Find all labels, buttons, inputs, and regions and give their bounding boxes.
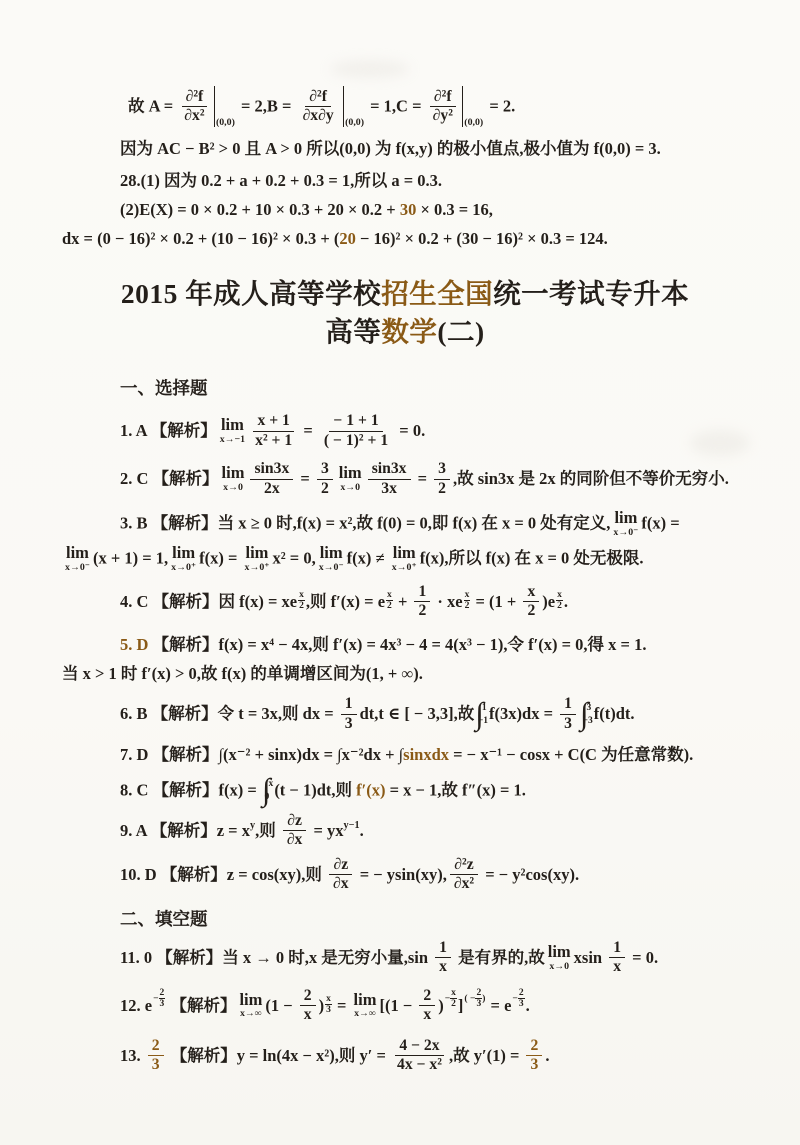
limit-subscript: x→0 (223, 483, 243, 493)
mini-fraction: x2 (450, 988, 457, 1009)
answer-item-1: 1. A 【解析】limx→−1x + 1x² + 1 = − 1 + 1( −… (120, 412, 748, 450)
fraction-numerator: 1 (341, 696, 357, 714)
fraction-denominator: 3 (341, 715, 357, 732)
superscript-fraction: x2 (298, 590, 305, 611)
fraction-numerator: − 1 + 1 (329, 413, 382, 431)
math-text: ,则 (255, 821, 280, 840)
fraction-denominator: x (300, 1006, 316, 1023)
scanned-exam-answer-page: 故 A = ∂²f∂x²(0,0) = 2,B = ∂²f∂x∂y(0,0) =… (0, 0, 800, 1145)
evaluation-bar: (0,0) (343, 86, 364, 127)
superscript-fraction: x2 (386, 590, 393, 611)
math-text: f(x) ≠ (347, 549, 389, 568)
integral: ∫x0 (262, 775, 273, 806)
limit: limx→0 (222, 465, 245, 492)
fraction-denominator: 2 (387, 601, 392, 611)
math-text: ,故 sin3x 是 2x 的同阶但不等价无穷小. (453, 469, 729, 488)
evaluation-subscript: (0,0) (345, 116, 364, 129)
limit: limx→0⁺ (171, 545, 196, 572)
math-text: 数学 (381, 316, 437, 347)
superscript-fraction: x2 (556, 590, 563, 611)
math-text: f(x) = (641, 514, 679, 533)
limit-word: lim (339, 465, 362, 482)
fraction-numerator: 2 (526, 1038, 542, 1056)
limit-subscript: x→−1 (220, 435, 245, 445)
math-text: = (414, 469, 432, 488)
math-text: f′(x) (356, 780, 385, 799)
answer-item-8: 8. C 【解析】f(x) = ∫x0(t − 1)dt,则 f′(x) = x… (120, 775, 748, 806)
limit-word: lim (172, 545, 195, 562)
fraction-numerator: 2 (300, 988, 316, 1006)
fraction-numerator: ∂²f (182, 89, 208, 107)
fraction-numerator: 2 (419, 988, 435, 1006)
math-text: = (299, 421, 317, 440)
limit-word: lim (239, 992, 262, 1009)
fraction-denominator: ∂x (329, 875, 353, 892)
fraction-denominator: 3x (377, 480, 401, 497)
fraction: 1x (435, 940, 451, 976)
fraction-numerator: 1 (414, 584, 430, 602)
math-text: f(x),所以 f(x) 在 x = 0 处无极限. (420, 549, 644, 568)
math-text: = 2,B = (237, 96, 296, 115)
integral: ∫3−3 (580, 699, 593, 730)
exam-title: 2015 年成人高等学校招生全国统一考试专升本 高等数学(二) (62, 273, 748, 350)
fraction: ∂²f∂y² (429, 89, 457, 125)
limit: limx→0⁻ (319, 545, 344, 572)
mini-fraction: x2 (556, 590, 563, 611)
limit-word: lim (354, 992, 377, 1009)
math-text: (t − 1)dt,则 (274, 780, 356, 799)
math-text: sinxdx (403, 745, 449, 764)
fraction-denominator: 3 (326, 1005, 331, 1015)
fraction-numerator: ∂²z (450, 857, 477, 875)
fraction-numerator: 2 (148, 1038, 164, 1056)
answer-item-12: 12. e−23 【解析】limx→∞(1 − 2x)x3 = limx→∞[(… (120, 987, 748, 1025)
fraction-denominator: 2x (260, 480, 284, 497)
fraction-denominator: 2 (523, 602, 539, 619)
integral-sign: ∫ (475, 698, 484, 729)
answer-item-11: 11. 0 【解析】当 x → 0 时,x 是无穷小量,sin 1x 是有界的,… (120, 939, 748, 977)
fraction-denominator: 3 (560, 715, 576, 732)
fraction: ∂z∂x (283, 813, 307, 849)
math-text: . (526, 996, 530, 1015)
math-text: 【解析】 (166, 996, 236, 1015)
fraction-numerator: sin3x (368, 461, 411, 479)
section-heading-fill-blank: 二、填空题 (120, 906, 748, 931)
fraction-numerator: 3 (317, 461, 333, 479)
limit: limx→∞ (239, 992, 262, 1019)
math-text: = 0. (395, 421, 425, 440)
fraction-numerator: ∂²f (430, 89, 456, 107)
limit: limx→0⁻ (65, 545, 90, 572)
math-text: 是有界的,故 (454, 948, 545, 967)
limit: limx→0⁺ (392, 545, 417, 572)
mini-fraction: x2 (464, 590, 471, 611)
fraction-numerator: x (523, 584, 539, 602)
mini-fraction: x3 (325, 994, 332, 1015)
limit-subscript: x→0 (340, 483, 360, 493)
fraction: 4 − 2x4x − x² (393, 1038, 446, 1074)
math-text: f(t)dt. (594, 704, 635, 723)
fraction-denominator: 2 (465, 601, 470, 611)
math-text: 4. C 【解析】因 f(x) = xe (120, 592, 297, 611)
math-text: 2015 年成人高等学校 (121, 278, 381, 309)
math-text: + (394, 592, 412, 611)
math-text: (2)E(X) = 0 × 0.2 + 10 × 0.3 + 20 × 0.2 … (120, 200, 400, 219)
fraction: 12 (414, 584, 430, 620)
answer-item-4: 4. C 【解析】因 f(x) = xex2,则 f′(x) = ex2 + 1… (120, 583, 748, 621)
limit: limx→0 (339, 465, 362, 492)
answer-item-5-line2: 当 x > 1 时 f′(x) > 0,故 f(x) 的单调增区间为(1, + … (62, 662, 748, 685)
math-text: 20 (339, 229, 356, 248)
limit-word: lim (614, 510, 637, 527)
fraction-numerator: x + 1 (253, 413, 293, 431)
fraction: 32 (434, 461, 450, 497)
fraction-denominator: 3 (148, 1056, 164, 1073)
math-text: 统一考试专升本 (493, 278, 689, 309)
section-heading-multiple-choice: 一、选择题 (120, 375, 748, 400)
formula-line-second-derivatives: 故 A = ∂²f∂x²(0,0) = 2,B = ∂²f∂x∂y(0,0) =… (128, 86, 748, 127)
scan-smudge (330, 60, 410, 78)
limit-subscript: x→0⁺ (245, 563, 270, 573)
math-text: − 16)² × 0.2 + (30 − 16)² × 0.3 = 124. (356, 229, 608, 248)
math-text: 11. 0 【解析】当 x → 0 时,x 是无穷小量,sin (120, 948, 432, 967)
math-text: xsin (574, 948, 607, 967)
fraction: 2x (419, 988, 435, 1024)
evaluation-subscript: (0,0) (216, 116, 235, 129)
math-text: 当 x > 1 时 f′(x) > 0,故 f(x) 的单调增区间为(1, + … (62, 664, 423, 683)
limit-subscript: x→0⁻ (319, 563, 344, 573)
fraction-denominator: 4x − x² (393, 1056, 446, 1073)
math-text: ,则 f′(x) = e (306, 592, 385, 611)
fraction-numerator: ∂z (283, 813, 306, 831)
fraction: ∂²z∂x² (450, 857, 478, 893)
math-text: = yx (309, 821, 343, 840)
mini-fraction: 23 (475, 988, 482, 1009)
fraction-denominator: 2 (414, 602, 430, 619)
limit-word: lim (246, 545, 269, 562)
mini-fraction: x2 (298, 590, 305, 611)
math-text: 9. A 【解析】z = x (120, 821, 250, 840)
exam-title-line1: 2015 年成人高等学校招生全国统一考试专升本 (62, 273, 748, 311)
math-text: 6. B 【解析】令 t = 3x,则 dx = (120, 704, 338, 723)
math-text: 3. B 【解析】当 x ≥ 0 时,f(x) = x²,故 f(0) = 0,… (120, 514, 610, 533)
evaluation-bar: (0,0) (462, 86, 483, 127)
fraction-denominator: x (609, 958, 625, 975)
math-text: 5. D (120, 635, 148, 654)
evaluation-bar-line (343, 86, 344, 127)
limit-word: lim (548, 944, 571, 961)
fraction: 13 (560, 696, 576, 732)
fraction: 13 (341, 696, 357, 732)
fraction-numerator: 1 (560, 696, 576, 714)
fraction-denominator: ( − 1)² + 1 (320, 432, 392, 449)
mini-fraction: 23 (518, 988, 525, 1009)
math-text: f(3x)dx = (489, 704, 557, 723)
fraction-numerator: 3 (434, 461, 450, 479)
fraction-denominator: 2 (317, 480, 333, 497)
limit-word: lim (221, 417, 244, 434)
math-text: (x + 1) = 1, (93, 549, 168, 568)
fraction-denominator: x² + 1 (251, 432, 296, 449)
math-text: . (545, 1045, 549, 1064)
math-text: 30 (400, 200, 417, 219)
fraction: ∂z∂x (329, 857, 353, 893)
math-text: 故 A = (128, 96, 177, 115)
math-text: = − y²cos(xy). (481, 865, 579, 884)
math-text: = 2. (485, 96, 515, 115)
fraction-denominator: 2 (451, 999, 456, 1009)
fraction-numerator: ∂z (329, 857, 352, 875)
mini-fraction: 23 (159, 988, 166, 1009)
fraction: ∂²f∂x∂y (299, 89, 338, 125)
limit: limx→−1 (220, 417, 245, 444)
superscript-fraction: x3 (325, 994, 332, 1015)
limit-word: lim (222, 465, 245, 482)
answer-item-13: 13. 23 【解析】y = ln(4x − x²),则 y′ = 4 − 2x… (120, 1037, 748, 1075)
superscript-fraction: ( −23) (464, 988, 485, 1009)
fraction: 2x (300, 988, 316, 1024)
answer-item-2: 2. C 【解析】limx→0sin3x2x = 32limx→0sin3x3x… (120, 460, 748, 498)
fraction: x + 1x² + 1 (251, 413, 296, 449)
answer-item-3-line1: 3. B 【解析】当 x ≥ 0 时,f(x) = x²,故 f(0) = 0,… (120, 510, 748, 537)
fraction: 32 (317, 461, 333, 497)
math-text: 高等 (325, 316, 381, 347)
formula-line-expectation: (2)E(X) = 0 × 0.2 + 10 × 0.3 + 20 × 0.2 … (120, 198, 748, 221)
limit-subscript: x→0⁺ (171, 563, 196, 573)
math-text: 【解析】f(x) = x⁴ − 4x,则 f′(x) = 4x³ − 4 = 4… (148, 635, 646, 654)
math-text: = − x⁻¹ − cosx + C(C 为任意常数). (449, 745, 693, 764)
answer-item-3-line2: limx→0⁻(x + 1) = 1,limx→0⁺f(x) = limx→0⁺… (62, 545, 748, 572)
fraction-denominator: x (435, 958, 451, 975)
mini-fraction: x2 (386, 590, 393, 611)
fraction-denominator: 3 (160, 999, 165, 1009)
math-text: 7. D 【解析】∫(x⁻² + sinx)dx = ∫x⁻²dx + ∫ (120, 745, 403, 764)
math-text: x² = 0, (272, 549, 315, 568)
math-text: = (333, 996, 351, 1015)
fraction-denominator: ∂x∂y (299, 107, 338, 124)
fraction-denominator: 2 (299, 601, 304, 611)
fraction-numerator: 1 (609, 940, 625, 958)
math-text: 2. C 【解析】 (120, 469, 219, 488)
fraction: sin3x2x (250, 461, 293, 497)
fraction-numerator: 1 (435, 940, 451, 958)
integral-sign: ∫ (262, 774, 271, 805)
math-text: = e (486, 996, 511, 1015)
math-text: = 1,C = (366, 96, 426, 115)
math-text: · xe (433, 592, 462, 611)
math-text: = (296, 469, 314, 488)
math-text: (二) (437, 316, 484, 347)
evaluation-bar: (0,0) (214, 86, 235, 127)
answer-item-5-line1: 5. D 【解析】f(x) = x⁴ − 4x,则 f′(x) = 4x³ − … (120, 633, 748, 656)
fraction-denominator: 3 (519, 999, 524, 1009)
math-text: . (564, 592, 568, 611)
fraction: ∂²f∂x² (180, 89, 208, 125)
answer-item-9: 9. A 【解析】z = xy,则 ∂z∂x = yxy−1. (120, 812, 748, 850)
formula-line-minimum-point: 因为 AC − B² > 0 且 A > 0 所以(0,0) 为 f(x,y) … (120, 137, 748, 160)
fraction-denominator: ∂x² (180, 107, 208, 124)
exam-title-line2: 高等数学(二) (62, 311, 748, 349)
math-text: ,故 y′(1) = (449, 1045, 524, 1064)
evaluation-bar-line (462, 86, 463, 127)
limit: limx→0⁺ (245, 545, 270, 572)
limit-word: lim (66, 545, 89, 562)
math-text: 【解析】y = ln(4x − x²),则 y′ = (167, 1045, 390, 1064)
fraction-denominator: ∂y² (429, 107, 457, 124)
answer-item-10: 10. D 【解析】z = cos(xy),则 ∂z∂x = − ysin(xy… (120, 856, 748, 894)
limit: limx→∞ (354, 992, 377, 1019)
limit: limx→0 (548, 944, 571, 971)
evaluation-subscript: (0,0) (464, 116, 483, 129)
math-text: dx = (0 − 16)² × 0.2 + (10 − 16)² × 0.3 … (62, 229, 339, 248)
scan-smudge (690, 430, 750, 456)
superscript-fraction: −23 (512, 988, 524, 1009)
formula-line-q28-1: 28.(1) 因为 0.2 + a + 0.2 + 0.3 = 1,所以 a =… (120, 169, 748, 192)
superscript-fraction: −x2 (445, 988, 457, 1009)
fraction-denominator: ∂x² (450, 875, 478, 892)
math-text: )e (542, 592, 555, 611)
math-text: [(1 − (379, 996, 416, 1015)
math-text: ] (458, 996, 464, 1015)
formula-line-variance: dx = (0 − 16)² × 0.2 + (10 − 16)² × 0.3 … (62, 227, 748, 250)
math-text: = x − 1,故 f″(x) = 1. (386, 780, 526, 799)
limit: limx→0⁻ (613, 510, 638, 537)
fraction-numerator: 4 − 2x (395, 1038, 443, 1056)
limit-subscript: x→∞ (240, 1009, 262, 1019)
superscript-fraction: x2 (464, 590, 471, 611)
fraction-denominator: 2 (557, 601, 562, 611)
superscript-suffix: ) (482, 994, 485, 1004)
limit-subscript: x→∞ (354, 1009, 376, 1019)
fraction-denominator: 2 (434, 480, 450, 497)
fraction: 23 (526, 1038, 542, 1074)
math-text: ) (319, 996, 325, 1015)
math-text: 因为 AC − B² > 0 且 A > 0 所以(0,0) 为 f(x,y) … (120, 139, 661, 158)
superscript-prefix: ( − (464, 994, 475, 1004)
math-text: 1. A 【解析】 (120, 421, 217, 440)
math-text: = (1 + (471, 592, 520, 611)
limit-subscript: x→0⁻ (65, 563, 90, 573)
math-text: × 0.3 = 16, (416, 200, 493, 219)
fraction: − 1 + 1( − 1)² + 1 (320, 413, 392, 449)
limit-word: lim (393, 545, 416, 562)
fraction: 23 (148, 1038, 164, 1074)
evaluation-bar-line (214, 86, 215, 127)
answer-item-7: 7. D 【解析】∫(x⁻² + sinx)dx = ∫x⁻²dx + ∫sin… (120, 743, 748, 766)
limit-word: lim (320, 545, 343, 562)
fraction-denominator: ∂x (283, 831, 307, 848)
fraction-numerator: ∂²f (305, 89, 331, 107)
math-text: ) (438, 996, 444, 1015)
math-text: 12. e (120, 996, 152, 1015)
limit-subscript: x→0⁻ (613, 528, 638, 538)
superscript: y−1 (344, 820, 360, 831)
limit-subscript: x→0 (549, 962, 569, 972)
answer-item-6: 6. B 【解析】令 t = 3x,则 dx = 13dt,t ∈ [ − 3,… (120, 695, 748, 733)
math-text: = − ysin(xy), (356, 865, 447, 884)
fraction-numerator: sin3x (250, 461, 293, 479)
math-text: (1 − (265, 996, 296, 1015)
math-text: 8. C 【解析】f(x) = (120, 780, 261, 799)
fraction-denominator: 3 (476, 999, 481, 1009)
math-text: . (360, 821, 364, 840)
math-text: 28.(1) 因为 0.2 + a + 0.2 + 0.3 = 1,所以 a =… (120, 171, 442, 190)
math-text: 10. D 【解析】z = cos(xy),则 (120, 865, 326, 884)
math-text: = 0. (628, 948, 658, 967)
math-text: 招生全国 (381, 278, 493, 309)
integral: ∫1−1 (475, 699, 488, 730)
math-text: 13. (120, 1045, 145, 1064)
math-text: dt,t ∈ [ − 3,3],故 (360, 704, 475, 723)
fraction: sin3x3x (368, 461, 411, 497)
superscript-fraction: −23 (153, 988, 165, 1009)
fraction-denominator: 3 (526, 1056, 542, 1073)
limit-subscript: x→0⁺ (392, 563, 417, 573)
math-text: f(x) = (199, 549, 241, 568)
integral-sign: ∫ (580, 698, 589, 729)
fraction-denominator: x (419, 1006, 435, 1023)
fraction: 1x (609, 940, 625, 976)
fraction: x2 (523, 584, 539, 620)
